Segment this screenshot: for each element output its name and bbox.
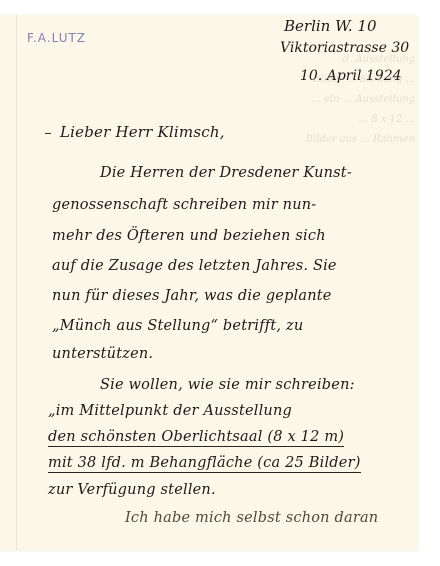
showthrough-line: Bilder aus ... Rahmen bbox=[250, 130, 415, 150]
letter-date: 10. April 1924 bbox=[300, 68, 402, 84]
showthrough-text: d. Ausstellung Bilder ... Stellung ... .… bbox=[250, 50, 415, 150]
sender-city: Berlin W. 10 bbox=[284, 17, 377, 35]
letter-line: mehr des Öfteren und beziehen sich bbox=[52, 228, 326, 244]
letter-line: „Münch aus Stellung“ betrifft, zu bbox=[52, 318, 303, 334]
salutation: Lieber Herr Klimsch, bbox=[60, 123, 225, 141]
letter-line: genossenschaft schreiben mir nun- bbox=[52, 197, 316, 213]
letter-line-underlined: mit 38 lfd. m Behangfläche (ca 25 Bilder… bbox=[48, 455, 361, 471]
showthrough-line: ... 8 x 12 ... bbox=[250, 110, 415, 130]
underlined-phrase: mit 38 lfd. m Behangfläche (ca 25 Bilder… bbox=[48, 455, 361, 473]
letter-page: F.A.LUTZ d. Ausstellung Bilder ... Stell… bbox=[0, 15, 418, 551]
showthrough-line: ... ein ... Ausstellung bbox=[250, 90, 415, 110]
letter-line: Sie wollen, wie sie mir schreiben: bbox=[100, 377, 355, 393]
letter-line: zur Verfügung stellen. bbox=[48, 482, 216, 498]
underlined-phrase: den schönsten Oberlichtsaal (8 x 12 m) bbox=[48, 429, 344, 447]
letter-line: Die Herren der Dresdener Kunst- bbox=[100, 165, 352, 181]
sender-street: Viktoriastrasse 30 bbox=[280, 40, 409, 56]
letter-line: „im Mittelpunkt der Ausstellung bbox=[48, 403, 292, 419]
fold-line bbox=[16, 15, 17, 551]
margin-mark bbox=[45, 133, 51, 134]
letter-line: Ich habe mich selbst schon daran bbox=[125, 510, 378, 526]
letterhead-stamp: F.A.LUTZ bbox=[22, 29, 91, 47]
letter-line: unterstützen. bbox=[52, 346, 153, 362]
letter-line: nun für dieses Jahr, was die geplante bbox=[52, 288, 332, 304]
letter-line: auf die Zusage des letzten Jahres. Sie bbox=[52, 258, 337, 274]
letter-line-underlined: den schönsten Oberlichtsaal (8 x 12 m) bbox=[48, 429, 344, 445]
